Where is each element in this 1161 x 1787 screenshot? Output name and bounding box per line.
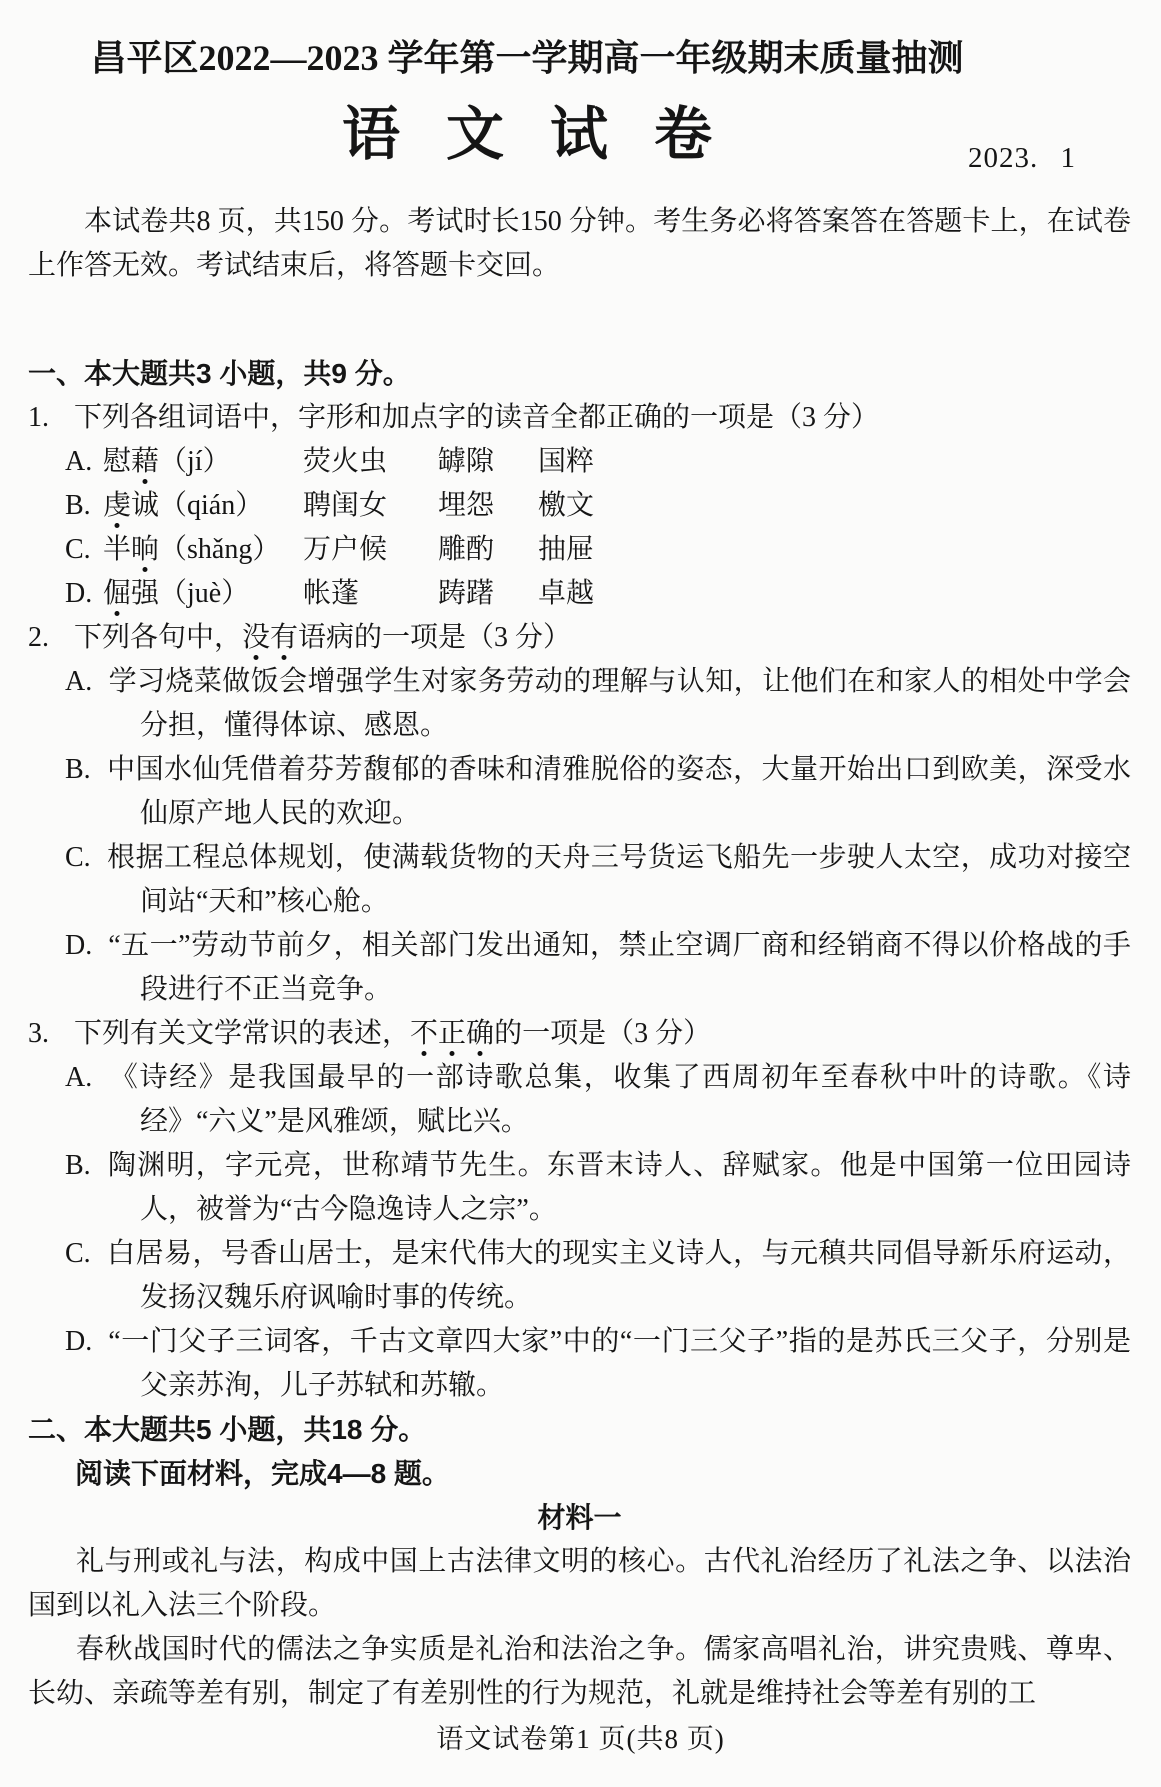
question-stem-text: 下列各句中，没有语病的一项是（3 分） xyxy=(74,622,571,653)
option-word-pinyin: 虔诚（qián） xyxy=(103,484,303,528)
material-paragraph-1: 礼与刑或礼与法，构成中国上古法律文明的核心。古代礼治经历了礼法之争、以法治国到以… xyxy=(28,1540,1131,1628)
option-label: D. xyxy=(65,930,92,961)
option-word: 檄文 xyxy=(538,484,1131,528)
section-one-heading: 一、本大题共3 小题，共9 分。 xyxy=(28,352,1131,396)
q3-option-c: C.白居易，号香山居士，是宋代伟大的现实主义诗人，与元稹共同倡导新乐府运动，发扬… xyxy=(65,1232,1131,1320)
material-one-title: 材料一 xyxy=(28,1496,1131,1540)
q1-option-b: B. 虔诚（qián） 聘闺女 埋怨 檄文 xyxy=(65,484,1131,528)
option-word: 抽屉 xyxy=(538,528,1131,572)
question-2-stem: 2.下列各句中，没有语病的一项是（3 分） xyxy=(28,616,1131,660)
q2-option-a: A.学习烧菜做饭会增强学生对家务劳动的理解与认知，让他们在和家人的相处中学会分担… xyxy=(65,660,1131,748)
option-word: 万户候 xyxy=(303,528,438,572)
exam-notice: 本试卷共8 页，共150 分。考试时长150 分钟。考生务必将答案答在答题卡上，… xyxy=(28,200,1131,288)
option-word: 帐蓬 xyxy=(303,572,438,616)
option-label: B. xyxy=(65,754,91,785)
option-text: “一门父子三词客，千古文章四大家”中的“一门三父子”指的是苏氏三父子，分别是父亲… xyxy=(108,1326,1131,1401)
option-label: A. xyxy=(65,666,92,697)
option-word: 踌躇 xyxy=(438,572,538,616)
question-1-stem: 1.下列各组词语中，字形和加点字的读音全都正确的一项是（3 分） xyxy=(28,396,1131,440)
option-text: 中国水仙凭借着芬芳馥郁的香味和清雅脱俗的姿态，大量开始出口到欧美，深受水仙原产地… xyxy=(107,754,1131,829)
option-word: 罅隙 xyxy=(438,440,538,484)
option-label: D. xyxy=(65,572,103,616)
q3-option-d: D.“一门父子三词客，千古文章四大家”中的“一门三父子”指的是苏氏三父子，分别是… xyxy=(65,1320,1131,1408)
option-word: 国粹 xyxy=(538,440,1131,484)
q2-option-b: B.中国水仙凭借着芬芳馥郁的香味和清雅脱俗的姿态，大量开始出口到欧美，深受水仙原… xyxy=(65,748,1131,836)
option-label: A. xyxy=(65,440,103,484)
exam-header: 昌平区2022—2023 学年第一学期高一年级期末质量抽测 语文试卷 2023.… xyxy=(28,34,1131,176)
question-number: 2. xyxy=(28,616,74,660)
option-label: D. xyxy=(65,1326,92,1357)
q3-option-a: A.《诗经》是我国最早的一部诗歌总集，收集了西周初年至春秋中叶的诗歌。《诗经》“… xyxy=(65,1056,1131,1144)
q1-option-c: C. 半晌（shǎng） 万户候 雕酌 抽屉 xyxy=(65,528,1131,572)
exam-header-title: 昌平区2022—2023 学年第一学期高一年级期末质量抽测 xyxy=(28,34,1026,82)
section-two-heading: 二、本大题共5 小题，共18 分。 xyxy=(28,1408,1131,1452)
option-text: 学习烧菜做饭会增强学生对家务劳动的理解与认知，让他们在和家人的相处中学会分担，懂… xyxy=(108,666,1131,741)
option-word: 雕酌 xyxy=(438,528,538,572)
q3-option-b: B.陶渊明，字元亮，世称靖节先生。东晋末诗人、辞赋家。他是中国第一位田园诗人，被… xyxy=(65,1144,1131,1232)
option-text: 根据工程总体规划，使满载货物的天舟三号货运飞船先一步驶人太空，成功对接空间站“天… xyxy=(107,842,1131,917)
option-text: 《诗经》是我国最早的一部诗歌总集，收集了西周初年至春秋中叶的诗歌。《诗经》“六义… xyxy=(108,1062,1131,1137)
question-number: 3. xyxy=(28,1012,74,1056)
option-label: B. xyxy=(65,484,103,528)
q1-option-d: D. 倔强（juè） 帐蓬 踌躇 卓越 xyxy=(65,572,1131,616)
option-word: 卓越 xyxy=(538,572,1131,616)
exam-date: 2023. 1 xyxy=(968,136,1076,180)
q1-option-a: A. 慰藉（jí） 荧火虫 罅隙 国粹 xyxy=(65,440,1131,484)
option-word: 荧火虫 xyxy=(303,440,438,484)
option-label: C. xyxy=(65,1238,91,1269)
option-word-pinyin: 倔强（juè） xyxy=(103,572,303,616)
option-label: C. xyxy=(65,528,103,572)
question-number: 1. xyxy=(28,396,74,440)
question-stem-text: 下列有关文学常识的表述，不正确的一项是（3 分） xyxy=(74,1018,711,1049)
option-word-pinyin: 慰藉（jí） xyxy=(103,440,303,484)
option-label: B. xyxy=(65,1150,91,1181)
exam-paper-page: 昌平区2022—2023 学年第一学期高一年级期末质量抽测 语文试卷 2023.… xyxy=(0,0,1161,1787)
material-paragraph-2: 春秋战国时代的儒法之争实质是礼治和法治之争。儒家高唱礼治，讲究贵贱、尊卑、长幼、… xyxy=(28,1628,1131,1716)
option-text: 白居易，号香山居士，是宋代伟大的现实主义诗人，与元稹共同倡导新乐府运动，发扬汉魏… xyxy=(107,1238,1131,1313)
page-footer: 语文试卷第1 页(共8 页) xyxy=(0,1717,1161,1761)
reading-instruction: 阅读下面材料，完成4—8 题。 xyxy=(28,1452,1131,1496)
question-stem-text: 下列各组词语中，字形和加点字的读音全都正确的一项是（3 分） xyxy=(74,402,879,433)
q2-option-d: D.“五一”劳动节前夕，相关部门发出通知，禁止空调厂商和经销商不得以价格战的手段… xyxy=(65,924,1131,1012)
option-label: C. xyxy=(65,842,91,873)
option-word-pinyin: 半晌（shǎng） xyxy=(103,528,303,572)
option-word: 埋怨 xyxy=(438,484,538,528)
option-text: “五一”劳动节前夕，相关部门发出通知，禁止空调厂商和经销商不得以价格战的手段进行… xyxy=(108,930,1131,1005)
option-text: 陶渊明，字元亮，世称靖节先生。东晋末诗人、辞赋家。他是中国第一位田园诗人，被誉为… xyxy=(107,1150,1131,1225)
question-3-stem: 3.下列有关文学常识的表述，不正确的一项是（3 分） xyxy=(28,1012,1131,1056)
option-label: A. xyxy=(65,1062,92,1093)
option-word: 聘闺女 xyxy=(303,484,438,528)
subject-title: 语文试卷 xyxy=(296,102,758,167)
q2-option-c: C.根据工程总体规划，使满载货物的天舟三号货运飞船先一步驶人太空，成功对接空间站… xyxy=(65,836,1131,924)
subject-title-row: 语文试卷 2023. 1 xyxy=(28,96,1026,176)
